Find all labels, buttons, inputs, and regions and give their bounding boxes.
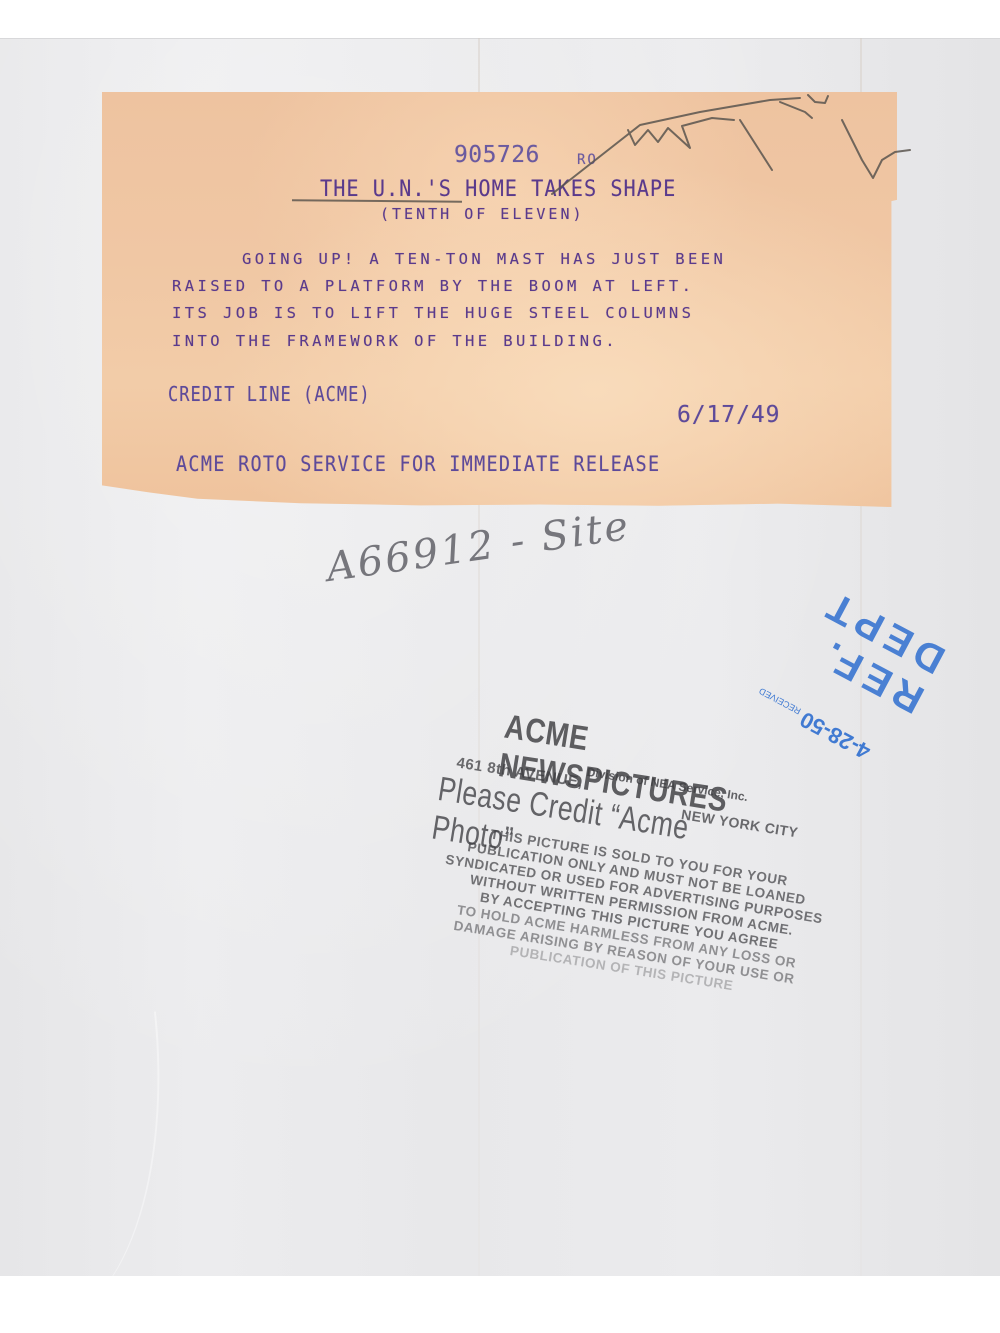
- series-note: (TENTH OF ELEVEN): [380, 205, 585, 223]
- pencil-underline: [292, 199, 462, 202]
- serial-suffix: RO: [577, 152, 598, 168]
- caption-body-line: GOING UP! A TEN-TON MAST HAS JUST BEEN: [242, 250, 726, 268]
- department-stamp-small-text: RECEIVED: [757, 686, 802, 716]
- caption-body-line: INTO THE FRAMEWORK OF THE BUILDING.: [172, 332, 618, 350]
- headline: THE U.N.'S HOME TAKES SHAPE: [320, 177, 676, 202]
- caption-body-line: RAISED TO A PLATFORM BY THE BOOM AT LEFT…: [172, 277, 694, 295]
- caption-label: 905726 RO THE U.N.'S HOME TAKES SHAPE (T…: [102, 92, 897, 507]
- caption-date: 6/17/49: [677, 402, 780, 428]
- acme-newspictures-stamp: ACME NEWSPICTURES Division of NEA Servic…: [395, 690, 883, 1095]
- release-line: ACME ROTO SERVICE FOR IMMEDIATE RELEASE: [176, 452, 660, 476]
- paper-curl-mark: [15, 1011, 188, 1324]
- serial-number: 905726: [454, 142, 540, 168]
- caption-body-line: ITS JOB IS TO LIFT THE HUGE STEEL COLUMN…: [172, 304, 694, 322]
- credit-line: CREDIT LINE (ACME): [168, 382, 371, 406]
